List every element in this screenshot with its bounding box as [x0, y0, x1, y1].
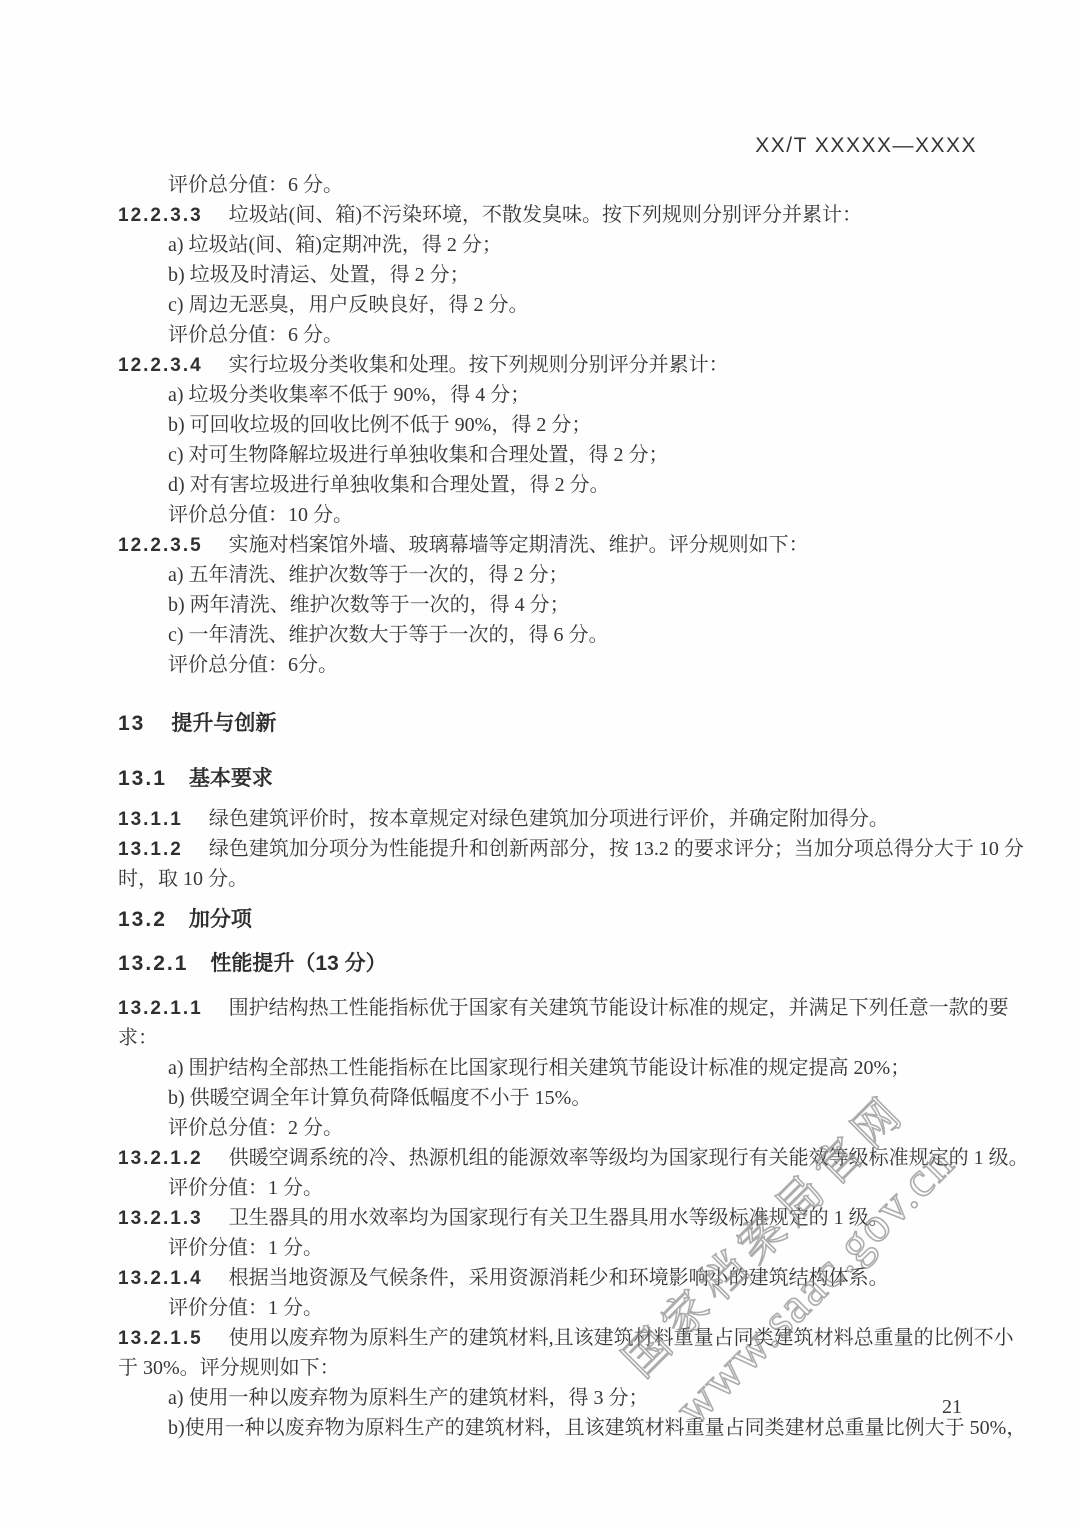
standard-code-header: XX/T XXXXX—XXXX — [755, 134, 977, 158]
clause-number: 13 — [118, 712, 145, 735]
list-item: 评价总分值：6 分。 — [118, 170, 998, 200]
clause-text: 基本要求 — [189, 767, 273, 790]
list-item: 评价总分值：2 分。 — [118, 1113, 998, 1143]
clause-line: 13.2.1.4根据当地资源及气候条件，采用资源消耗少和环境影响小的建筑结构体系… — [118, 1263, 998, 1293]
list-item: 评价分值：1 分。 — [118, 1173, 998, 1203]
clause-line: 13.2.1.5使用以废弃物为原料生产的建筑材料,且该建筑材料重量占同类建筑材料… — [118, 1323, 998, 1353]
subsection-heading: 13.1基本要求 — [118, 764, 998, 794]
clause-text: 绿色建筑加分项分为性能提升和创新两部分，按 13.2 的要求评分；当加分项总得分… — [209, 838, 1024, 860]
page-number: 21 — [942, 1396, 962, 1419]
clause-text: 垃圾站(间、箱)不污染环境，不散发臭味。按下列规则分别评分并累计： — [229, 204, 862, 226]
clause-text: 实施对档案馆外墙、玻璃幕墙等定期清洗、维护。评分规则如下： — [229, 534, 809, 556]
clause-text: 绿色建筑评价时，按本章规定对绿色建筑加分项进行评价，并确定附加得分。 — [209, 808, 889, 830]
list-item: c) 一年清洗、维护次数大于等于一次的，得 6 分。 — [118, 620, 998, 650]
list-item: 评价总分值：6 分。 — [118, 320, 998, 350]
clause-number: 12.2.3.3 — [118, 205, 203, 226]
document-body: 评价总分值：6 分。12.2.3.3垃圾站(间、箱)不污染环境，不散发臭味。按下… — [118, 170, 998, 1443]
clause-number: 13.1.2 — [118, 839, 183, 860]
list-item: a) 垃圾站(间、箱)定期冲洗，得 2 分； — [118, 230, 998, 260]
subsection-heading: 13.2加分项 — [118, 905, 998, 935]
clause-line: 13.2.1.2供暖空调系统的冷、热源机组的能源效率等级均为国家现行有关能效等级… — [118, 1143, 998, 1173]
list-item: b) 可回收垃圾的回收比例不低于 90%，得 2 分； — [118, 410, 998, 440]
clause-text: 使用以废弃物为原料生产的建筑材料,且该建筑材料重量占同类建筑材料总重量的比例不小 — [229, 1327, 1014, 1349]
clause-text: 提升与创新 — [171, 712, 276, 735]
list-item: 评价分值：1 分。 — [118, 1233, 998, 1263]
clause-number: 13.2.1.5 — [118, 1328, 203, 1349]
clause-text: 加分项 — [189, 908, 252, 931]
list-item: b)使用一种以废弃物为原料生产的建筑材料，且该建筑材料重量占同类建材总重量比例大… — [118, 1413, 998, 1443]
clause-line: 12.2.3.5实施对档案馆外墙、玻璃幕墙等定期清洗、维护。评分规则如下： — [118, 530, 998, 560]
list-item: d) 对有害垃圾进行单独收集和合理处置，得 2 分。 — [118, 470, 998, 500]
clause-number: 13.2.1.1 — [118, 998, 203, 1019]
list-item: b) 垃圾及时清运、处置，得 2 分； — [118, 260, 998, 290]
clause-text: 实行垃圾分类收集和处理。按下列规则分别评分并累计： — [229, 354, 729, 376]
clause-number: 13.1 — [118, 767, 167, 790]
clause-number: 13.2.1.2 — [118, 1148, 203, 1169]
list-item: 评价分值：1 分。 — [118, 1293, 998, 1323]
clause-number: 13.2.1 — [118, 952, 188, 975]
list-item: b) 供暖空调全年计算负荷降低幅度不小于 15%。 — [118, 1083, 998, 1113]
clause-number: 13.1.1 — [118, 809, 183, 830]
clause-line: 12.2.3.3垃圾站(间、箱)不污染环境，不散发臭味。按下列规则分别评分并累计… — [118, 200, 998, 230]
clause-text: 围护结构热工性能指标优于国家有关建筑节能设计标准的规定，并满足下列任意一款的要 — [229, 997, 1009, 1019]
clause-number: 12.2.3.5 — [118, 535, 203, 556]
clause-number: 13.2.1.3 — [118, 1208, 203, 1229]
clause-number: 12.2.3.4 — [118, 355, 203, 376]
list-item: 评价总分值：10 分。 — [118, 500, 998, 530]
list-item: c) 周边无恶臭，用户反映良好，得 2 分。 — [118, 290, 998, 320]
clause-line: 13.1.1绿色建筑评价时，按本章规定对绿色建筑加分项进行评价，并确定附加得分。 — [118, 804, 998, 834]
clause-line: 13.2.1.1围护结构热工性能指标优于国家有关建筑节能设计标准的规定，并满足下… — [118, 993, 998, 1023]
list-item: b) 两年清洗、维护次数等于一次的，得 4 分； — [118, 590, 998, 620]
continuation-line: 于 30%。评分规则如下： — [118, 1353, 998, 1383]
list-item: a) 使用一种以废弃物为原料生产的建筑材料，得 3 分； — [118, 1383, 998, 1413]
clause-line: 13.1.2绿色建筑加分项分为性能提升和创新两部分，按 13.2 的要求评分；当… — [118, 834, 998, 864]
clause-text: 供暖空调系统的冷、热源机组的能源效率等级均为国家现行有关能效等级标准规定的 1 … — [229, 1147, 1029, 1169]
subsection-heading: 13.2.1性能提升（13 分） — [118, 949, 998, 979]
clause-text: 性能提升（13 分） — [210, 952, 386, 975]
list-item: c) 对可生物降解垃圾进行单独收集和合理处置，得 2 分； — [118, 440, 998, 470]
list-item: 评价总分值：6分。 — [118, 650, 998, 680]
clause-line: 13.2.1.3卫生器具的用水效率均为国家现行有关卫生器具用水等级标准规定的 1… — [118, 1203, 998, 1233]
clause-number: 13.2.1.4 — [118, 1268, 203, 1289]
clause-text: 卫生器具的用水效率均为国家现行有关卫生器具用水等级标准规定的 1 级。 — [229, 1207, 889, 1229]
section-heading: 13提升与创新 — [118, 709, 998, 739]
list-item: a) 围护结构全部热工性能指标在比国家现行相关建筑节能设计标准的规定提高 20%… — [118, 1053, 998, 1083]
continuation-line: 时，取 10 分。 — [118, 864, 998, 894]
clause-number: 13.2 — [118, 908, 167, 931]
list-item: a) 五年清洗、维护次数等于一次的，得 2 分； — [118, 560, 998, 590]
continuation-line: 求： — [118, 1023, 998, 1053]
clause-line: 12.2.3.4实行垃圾分类收集和处理。按下列规则分别评分并累计： — [118, 350, 998, 380]
list-item: a) 垃圾分类收集率不低于 90%，得 4 分； — [118, 380, 998, 410]
clause-text: 根据当地资源及气候条件，采用资源消耗少和环境影响小的建筑结构体系。 — [229, 1267, 889, 1289]
document-page: XX/T XXXXX—XXXX 评价总分值：6 分。12.2.3.3垃圾站(间、… — [0, 0, 1080, 1527]
